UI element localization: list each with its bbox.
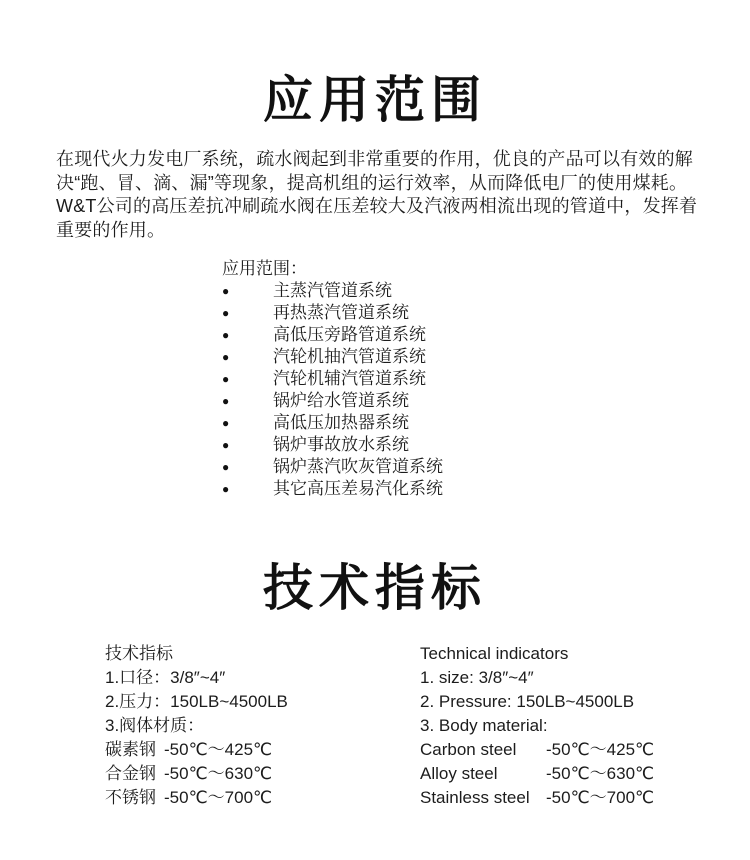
bullet-icon: ● [222,434,273,456]
material-temp-range: -50℃～630℃ [164,762,272,786]
list-item-label: 高低压加热器系统 [273,412,409,434]
material-temp-range: -50℃～425℃ [164,738,272,762]
material-temp-range: -50℃～425℃ [546,738,654,762]
list-item: ● 高低压加热器系统 [222,412,750,434]
bullet-icon: ● [222,324,273,346]
tech-spec-heading-zh: 技术指标 [105,642,420,666]
list-item: ● 主蒸汽管道系统 [222,280,750,302]
list-item-label: 高低压旁路管道系统 [273,324,426,346]
bullet-icon: ● [222,280,273,302]
tech-spec-item: 3. Body material: [420,714,750,738]
list-item: ● 其它高压差易汽化系统 [222,478,750,500]
list-item-label: 锅炉事故放水系统 [273,434,409,456]
intro-paragraph: 在现代火力发电厂系统，疏水阀起到非常重要的作用，优良的产品可以有效的解 决“跑、… [56,148,706,242]
material-row: 碳素钢 -50℃～425℃ [105,738,420,762]
material-row: Carbon steel -50℃～425℃ [420,738,750,762]
material-name: 不锈钢 [105,786,164,810]
paragraph-line: 在现代火力发电厂系统，疏水阀起到非常重要的作用，优良的产品可以有效的解 [56,148,706,172]
list-item-label: 汽轮机抽汽管道系统 [273,346,426,368]
application-bullet-list: ● 主蒸汽管道系统 ● 再热蒸汽管道系统 ● 高低压旁路管道系统 ● 汽轮机抽汽… [222,280,750,500]
application-list-block: 应用范围： ● 主蒸汽管道系统 ● 再热蒸汽管道系统 ● 高低压旁路管道系统 ●… [222,258,750,500]
technical-indicators-title: 技术指标 [0,500,750,616]
bullet-icon: ● [222,478,273,500]
material-name: Alloy steel [420,762,546,786]
material-temp-range: -50℃～700℃ [546,786,654,810]
paragraph-line: 重要的作用。 [56,219,706,243]
material-row: Stainless steel -50℃～700℃ [420,786,750,810]
list-item-label: 再热蒸汽管道系统 [273,302,409,324]
tech-spec-column-english: Technical indicators 1. size: 3/8″~4″ 2.… [420,642,750,810]
material-row: 合金钢 -50℃～630℃ [105,762,420,786]
technical-spec-columns: 技术指标 1.口径：3/8″~4″ 2.压力：150LB~4500LB 3.阀体… [105,642,750,810]
list-item: ● 高低压旁路管道系统 [222,324,750,346]
material-name: Stainless steel [420,786,546,810]
tech-spec-item: 2.压力：150LB~4500LB [105,690,420,714]
tech-spec-item: 1.口径：3/8″~4″ [105,666,420,690]
list-item-label: 汽轮机辅汽管道系统 [273,368,426,390]
material-name: 碳素钢 [105,738,164,762]
list-item-label: 锅炉给水管道系统 [273,390,409,412]
tech-spec-column-chinese: 技术指标 1.口径：3/8″~4″ 2.压力：150LB~4500LB 3.阀体… [105,642,420,810]
application-scope-title: 应用范围 [0,0,750,128]
tech-spec-item: 3.阀体材质： [105,714,420,738]
list-item-label: 其它高压差易汽化系统 [273,478,443,500]
list-item: ● 汽轮机抽汽管道系统 [222,346,750,368]
bullet-icon: ● [222,368,273,390]
bullet-icon: ● [222,302,273,324]
paragraph-line: 决“跑、冒、滴、漏”等现象，提高机组的运行效率，从而降低电厂的使用煤耗。 [56,172,706,196]
paragraph-line: W&T公司的高压差抗冲刷疏水阀在压差较大及汽液两相流出现的管道中，发挥着 [56,195,706,219]
bullet-icon: ● [222,390,273,412]
list-item: ● 汽轮机辅汽管道系统 [222,368,750,390]
tech-spec-item: 1. size: 3/8″~4″ [420,666,750,690]
material-name: Carbon steel [420,738,546,762]
material-temp-range: -50℃～700℃ [164,786,272,810]
bullet-icon: ● [222,456,273,478]
list-item-label: 锅炉蒸汽吹灰管道系统 [273,456,443,478]
material-name: 合金钢 [105,762,164,786]
document-page: 应用范围 在现代火力发电厂系统，疏水阀起到非常重要的作用，优良的产品可以有效的解… [0,0,750,810]
material-row: 不锈钢 -50℃～700℃ [105,786,420,810]
list-item-label: 主蒸汽管道系统 [273,280,392,302]
bullet-icon: ● [222,346,273,368]
list-item: ● 再热蒸汽管道系统 [222,302,750,324]
tech-spec-item: 2. Pressure: 150LB~4500LB [420,690,750,714]
list-item: ● 锅炉事故放水系统 [222,434,750,456]
tech-spec-heading-en: Technical indicators [420,642,750,666]
application-list-label: 应用范围： [222,258,750,280]
list-item: ● 锅炉蒸汽吹灰管道系统 [222,456,750,478]
list-item: ● 锅炉给水管道系统 [222,390,750,412]
bullet-icon: ● [222,412,273,434]
material-row: Alloy steel -50℃～630℃ [420,762,750,786]
material-temp-range: -50℃～630℃ [546,762,654,786]
